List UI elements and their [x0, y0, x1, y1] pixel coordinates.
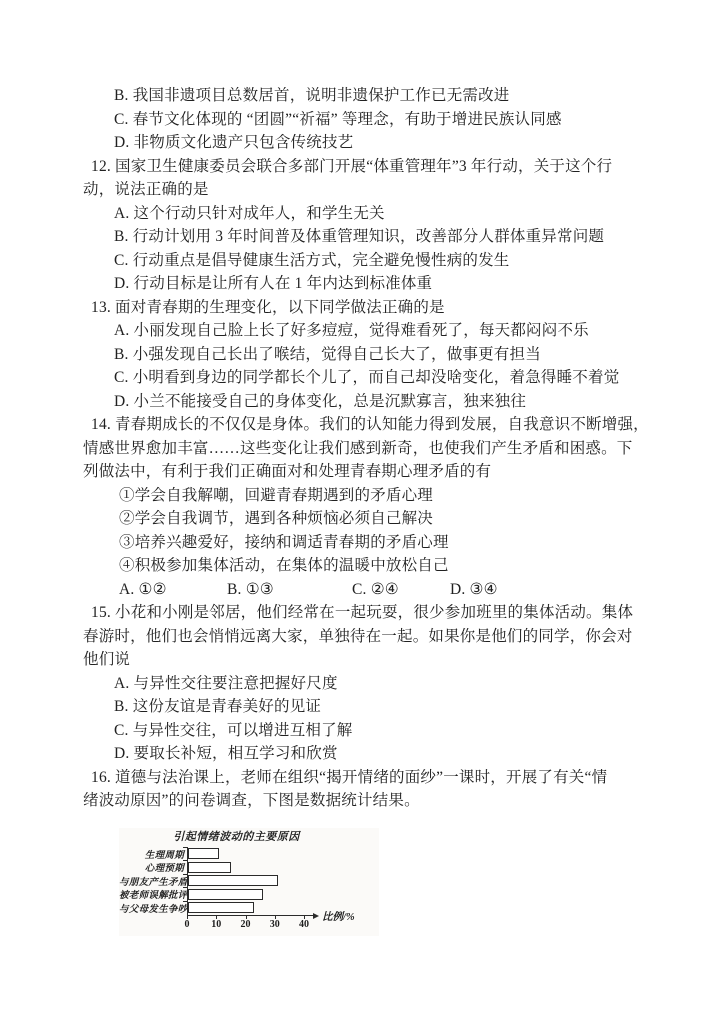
exam-text-block: B. 我国非遗项目总数居首，说明非遗保护工作已无需改进C. 春节文化体现的 “团…	[83, 84, 673, 813]
exam-line: ③培养兴趣爱好，接纳和调适青春期的矛盾心理	[83, 531, 673, 555]
chart-x-axis-arrow-icon	[313, 913, 319, 919]
exam-line: C. 行动重点是倡导健康生活方式，完全避免慢性病的发生	[83, 249, 673, 273]
category-tick	[183, 901, 187, 902]
exam-line: D. 要取长补短，相互学习和欣赏	[83, 742, 673, 766]
exam-line: 14. 青春期成长的不仅仅是身体。我们的认知能力得到发展，自我意识不断增强，	[83, 413, 673, 437]
chart-plot: 生理周期心理预期与朋友产生矛盾被老师误解批评与父母发生争吵 比例/% 01020…	[119, 847, 379, 935]
chart-row: 心理预期	[119, 861, 379, 875]
exam-line: B. 我国非遗项目总数居首，说明非遗保护工作已无需改进	[83, 84, 673, 108]
x-tick-label: 30	[270, 919, 280, 930]
choices-row: A. ①②B. ①③C. ②④D. ③④	[83, 578, 673, 602]
chart-row: 生理周期	[119, 847, 379, 861]
chart-category-label: 与朋友产生矛盾	[119, 874, 187, 888]
chart-title: 引起情绪波动的主要原因	[119, 828, 354, 844]
chart-rows: 生理周期心理预期与朋友产生矛盾被老师误解批评与父母发生争吵	[119, 847, 379, 915]
chart-category-label: 与父母发生争吵	[119, 901, 187, 915]
exam-line: A. 这个行动只针对成年人，和学生无关	[83, 202, 673, 226]
chart-category-label: 心理预期	[119, 860, 187, 874]
exam-line: 春游时，他们也会悄悄远离大家，单独待在一起。如果你是他们的同学，你会对	[83, 625, 673, 649]
chart-bar	[188, 875, 278, 886]
chart-x-axis-line	[187, 915, 314, 916]
exam-line: D. 行动目标是让所有人在 1 年内达到标准体重	[83, 272, 673, 296]
exam-line: ①学会自我解嘲，回避青春期遇到的矛盾心理	[83, 484, 673, 508]
exam-line: D. 非物质文化遗产只包含传统技艺	[83, 131, 673, 155]
exam-line: B. 行动计划用 3 年时间普及体重管理知识，改善部分人群体重异常问题	[83, 225, 673, 249]
exam-line: C. 春节文化体现的 “团圆”“祈福” 等理念，有助于增进民族认同感	[83, 108, 673, 132]
chart-bar	[188, 902, 254, 913]
chart-row: 与朋友产生矛盾	[119, 874, 379, 888]
choice-item: A. ①②	[119, 578, 227, 602]
exam-line: 16. 道德与法治课上，老师在组织“揭开情绪的面纱”一课时，开展了有关“情	[83, 766, 673, 790]
choice-item: B. ①③	[227, 578, 352, 602]
x-tick-label: 0	[185, 919, 190, 930]
exam-line: C. 与异性交往，可以增进互相了解	[83, 719, 673, 743]
choice-item: C. ②④	[352, 578, 450, 602]
category-tick	[183, 847, 187, 848]
chart-x-axis-label: 比例/%	[322, 909, 355, 924]
chart-row: 被老师误解批评	[119, 888, 379, 902]
chart-category-label: 被老师误解批评	[119, 887, 187, 901]
exam-line: 15. 小花和小刚是邻居，他们经常在一起玩耍，很少参加班里的集体活动。集体	[83, 601, 673, 625]
exam-line: 情感世界愈加丰富……这些变化让我们感到新奇，也使我们产生矛盾和困惑。下	[83, 437, 673, 461]
exam-line: 他们说	[83, 648, 673, 672]
x-tick-label: 20	[241, 919, 251, 930]
chart-category-label: 生理周期	[119, 847, 187, 861]
category-tick	[183, 860, 187, 861]
chart-x-axis: 比例/% 010203040	[119, 915, 379, 935]
chart-bar	[188, 848, 219, 859]
exam-line: 12. 国家卫生健康委员会联合多部门开展“体重管理年”3 年行动，关于这个行	[83, 155, 673, 179]
exam-page: B. 我国非遗项目总数居首，说明非遗保护工作已无需改进C. 春节文化体现的 “团…	[0, 0, 724, 1024]
chart-bar	[188, 862, 231, 873]
x-tick-label: 10	[211, 919, 221, 930]
exam-line: ④积极参加集体活动，在集体的温暖中放松自己	[83, 554, 673, 578]
exam-line: 列做法中，有利于我们正确面对和处理青春期心理矛盾的有	[83, 460, 673, 484]
exam-line: ②学会自我调节，遇到各种烦恼必须自己解决	[83, 507, 673, 531]
category-tick	[183, 887, 187, 888]
exam-line: 动，说法正确的是	[83, 178, 673, 202]
exam-line: D. 小兰不能接受自己的身体变化，总是沉默寡言，独来独往	[83, 390, 673, 414]
exam-line: A. 小丽发现自己脸上长了好多痘痘，觉得难看死了，每天都闷闷不乐	[83, 319, 673, 343]
choice-item: D. ③④	[450, 578, 498, 602]
exam-line: B. 小强发现自己长出了喉结，觉得自己长大了，做事更有担当	[83, 343, 673, 367]
chart-bar	[188, 889, 263, 900]
exam-line: C. 小明看到身边的同学都长个儿了，而自己却没啥变化，着急得睡不着觉	[83, 366, 673, 390]
x-tick-label: 40	[299, 919, 309, 930]
exam-line: 绪波动原因”的问卷调查，下图是数据统计结果。	[83, 789, 673, 813]
bar-chart: 引起情绪波动的主要原因 生理周期心理预期与朋友产生矛盾被老师误解批评与父母发生争…	[119, 828, 379, 936]
exam-line: B. 这份友谊是青春美好的见证	[83, 695, 673, 719]
exam-line: A. 与异性交往要注意把握好尺度	[83, 672, 673, 696]
category-tick	[183, 874, 187, 875]
exam-line: 13. 面对青春期的生理变化，以下同学做法正确的是	[83, 296, 673, 320]
